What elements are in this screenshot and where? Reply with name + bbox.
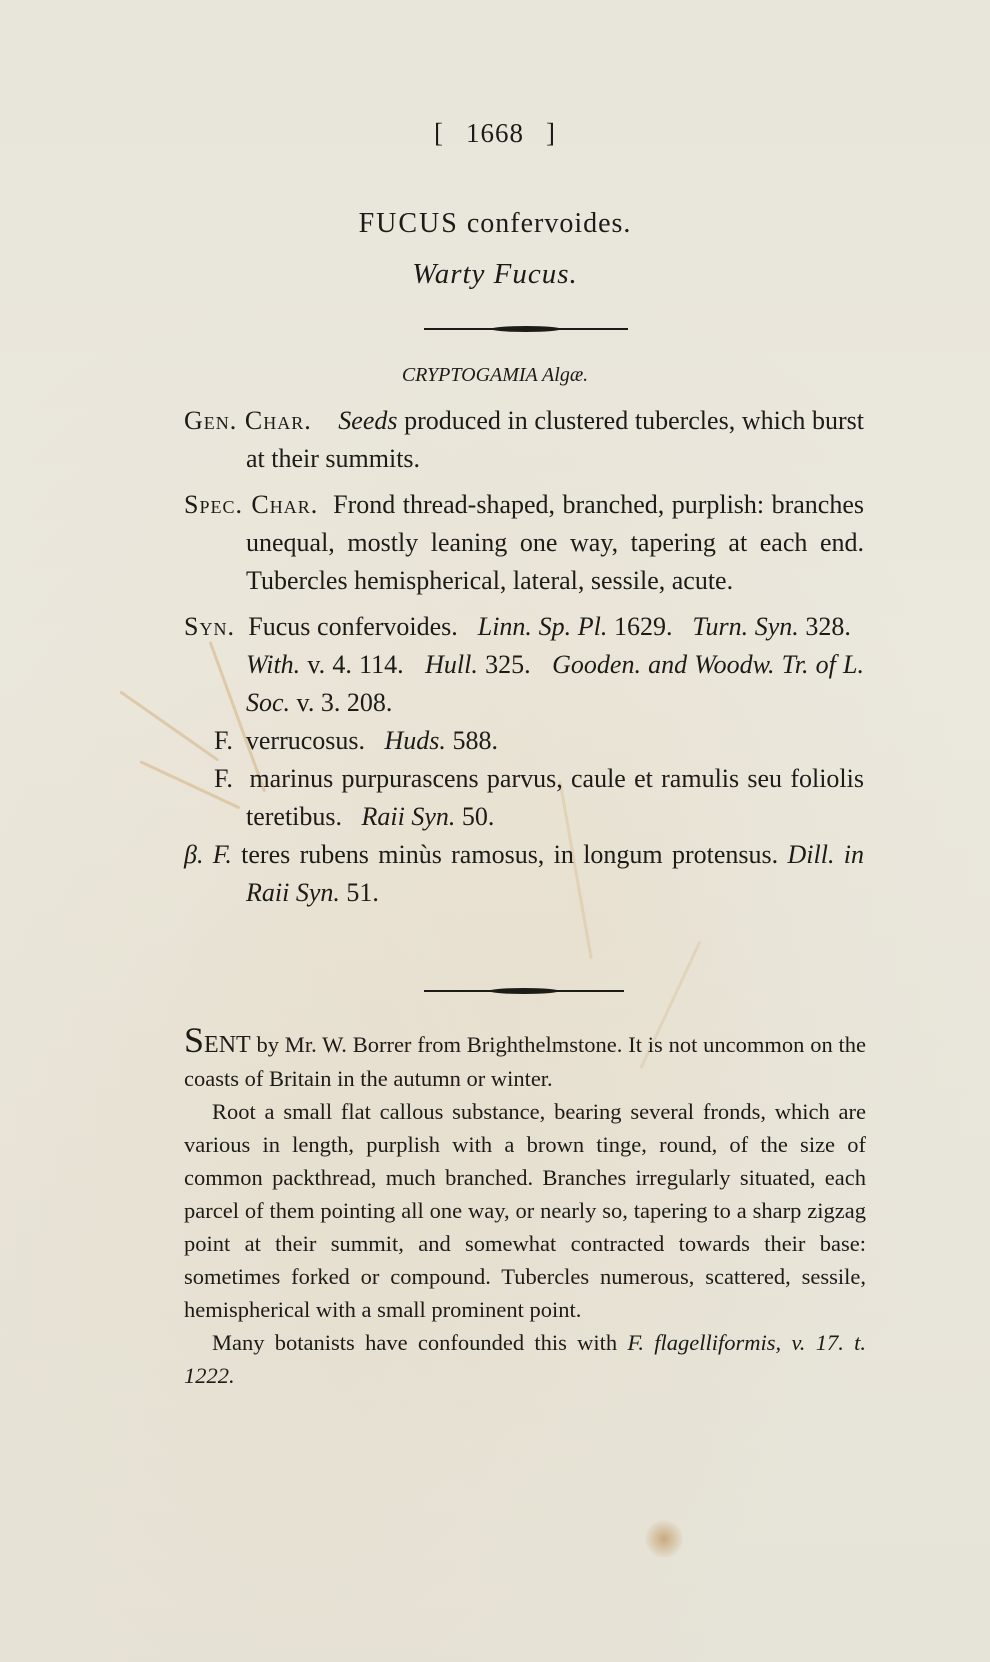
description-section: SENT by Mr. W. Borrer from Brighthelmsto… (184, 1022, 866, 1392)
species-name: confervoides. (467, 208, 632, 239)
gen-char-label: Gen. Char. (184, 406, 312, 435)
characters-section: Gen. Char. Seeds produced in clustered t… (184, 402, 864, 912)
synonym-entry: Syn. Fucus confervoides. Linn. Sp. Pl. 1… (184, 608, 864, 722)
page-number: [1668] (0, 118, 990, 149)
synonym-entry: F. marinus purpurascens parvus, caule et… (184, 760, 864, 836)
specific-character: Spec. Char. Frond thread-shaped, branche… (184, 486, 864, 600)
generic-character: Gen. Char. Seeds produced in clustered t… (184, 402, 864, 478)
synonym-entry-variety-beta: β. F. teres rubens minùs ramosus, in lon… (184, 836, 864, 912)
genus-name: FUCUS (359, 208, 459, 239)
description-paragraph: SENT by Mr. W. Borrer from Brighthelmsto… (184, 1022, 866, 1095)
spec-char-label: Spec. Char. (184, 490, 318, 519)
syn-label: Syn. (184, 612, 235, 641)
drop-cap: S (184, 1020, 204, 1060)
book-page: [1668] FUCUS confervoides. Warty Fucus. … (0, 0, 990, 1662)
ornamental-rule-bottom (424, 990, 624, 992)
synonym-entry: F. verrucosus. Huds. 588. (184, 722, 864, 760)
description-paragraph: Many botanists have confounded this with… (184, 1326, 866, 1392)
species-title: FUCUS confervoides. (0, 208, 990, 240)
common-name: Warty Fucus. (0, 258, 990, 291)
ornamental-rule-top (424, 328, 628, 330)
description-paragraph: Root a small flat callous substance, bea… (184, 1095, 866, 1326)
foxing-spot (645, 1520, 683, 1558)
classification: CRYPTOGAMIA Algæ. (0, 364, 990, 387)
